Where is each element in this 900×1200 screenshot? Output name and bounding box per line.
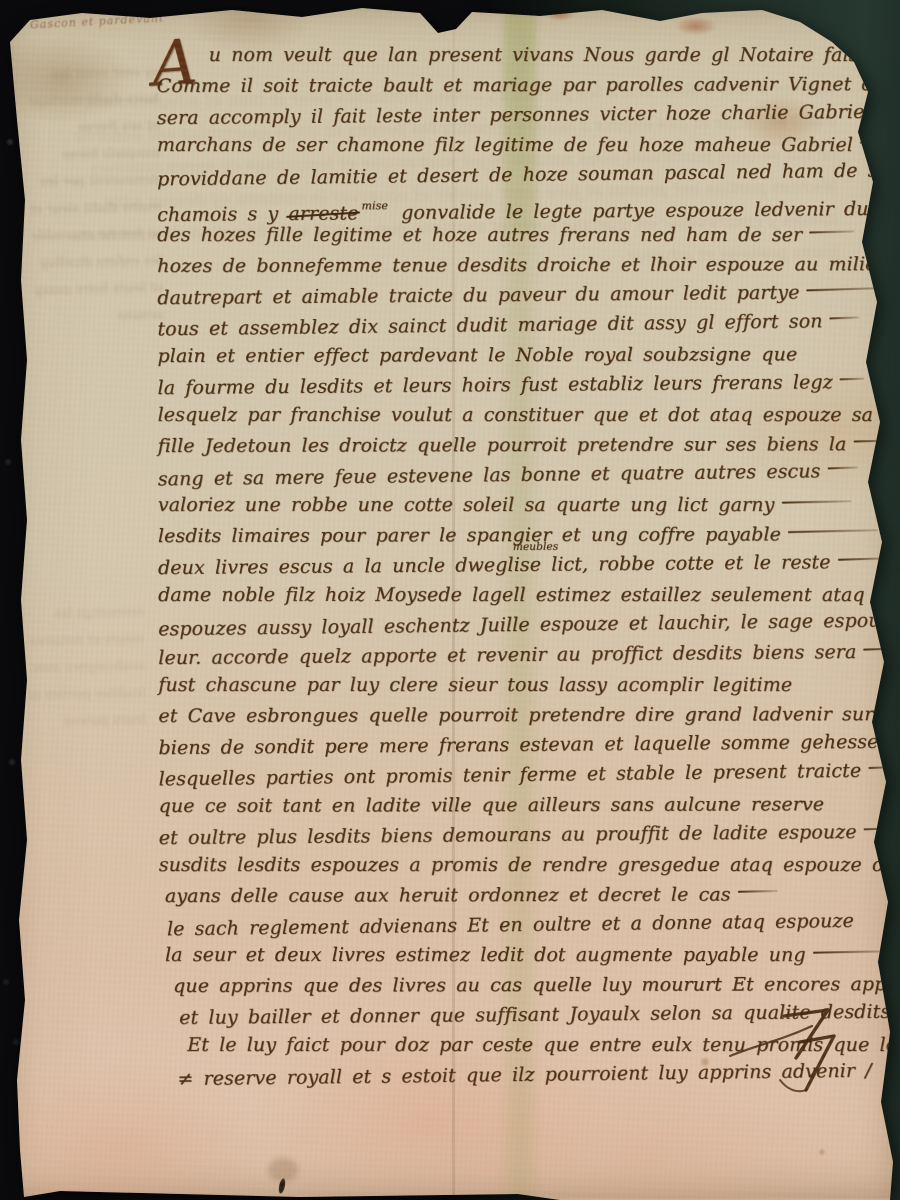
manuscript-page: sy anst venir les hoirs dudit mariage et… (0, 0, 900, 1200)
pen-flourish (809, 231, 854, 234)
line-text: leur. accorde quelz apporte et revenir a… (158, 641, 856, 669)
line-text: u nom veult que lan present vivans Nous … (209, 44, 900, 66)
line-text: sera accomply il fait leste inter person… (157, 101, 871, 129)
pen-flourish (738, 890, 778, 893)
manuscript-line: leur. accorde quelz apporte et revenir a… (158, 637, 872, 673)
line-text: lesdits limaires pour parer le spangier … (158, 523, 781, 547)
line-text: providdane de lamitie et desert de hoze … (157, 159, 898, 190)
line-text: la seur et deux livres estimez ledit dot… (165, 944, 806, 966)
line-text: dame noble filz hoiz Moysede lagell esti… (158, 584, 865, 606)
manuscript-line: susdits lesdits espouzes a promis de ren… (159, 850, 873, 880)
line-text: la fourme du lesdits et leurs hoirs fust… (157, 371, 832, 399)
line-text: et Cave esbrongues quelle pourroit prete… (158, 703, 900, 727)
paper-wrap: sy anst venir les hoirs dudit mariage et… (0, 0, 900, 1200)
manuscript-photo: sy anst venir les hoirs dudit mariage et… (0, 0, 900, 1200)
line-text: fust chascune par luy clere sieur tous l… (158, 674, 792, 696)
line-text: lesquelles parties ont promis tenir ferm… (158, 760, 861, 791)
line-text: valoriez une robbe une cotte soleil sa q… (158, 494, 775, 516)
manuscript-line: deux livres escus a la uncle dweglise li… (158, 547, 872, 583)
manuscript-line: sera accomply il fait leste inter person… (157, 97, 871, 133)
line-text: ayans delle cause aux heruit ordonnez et… (165, 883, 731, 906)
manuscript-line: le sach reglement advienans Et en oultre… (159, 906, 873, 945)
pen-flourish (860, 140, 900, 143)
manuscript-line: u nom veult que lan present vivans Nous … (157, 40, 871, 70)
manuscript-line: la fourme du lesdits et leurs hoirs fust… (157, 367, 871, 403)
manuscript-line: chamois s y arrestemise gonvalide le leg… (157, 187, 871, 223)
manuscript-line: la seur et deux livres estimez ledit dot… (159, 940, 873, 970)
pen-flourish (788, 529, 878, 533)
pen-flourish (840, 378, 865, 381)
pen-flourish (827, 467, 857, 470)
pen-flourish (853, 440, 893, 443)
line-text: que apprins que des livres au cas quelle… (173, 973, 900, 997)
line-text: dautrepart et aimable traicte du paveur … (157, 282, 799, 310)
manuscript-line: valoriez une robbe une cotte soleil sa q… (158, 490, 872, 520)
line-text: marchans de ser chamone filz legitime de… (157, 134, 853, 156)
line-text: plain et entier effect pardevant le Nobl… (157, 343, 797, 367)
manuscript-line: et Cave esbrongues quelle pourroit prete… (158, 699, 872, 731)
manuscript-line: que ce soit tant en ladite ville que ail… (159, 789, 873, 821)
line-text: et oultre plus lesdits biens demourans a… (159, 821, 857, 849)
manuscript-line: sang et sa mere feue estevene las bonne … (158, 456, 872, 495)
line-text: fille Jedetoun les droictz quelle pourro… (158, 433, 847, 457)
manuscript-line: fust chascune par luy clere sieur tous l… (158, 670, 872, 700)
bleedthrough-text: tesmoings les sieurs et notaires soubzsi… (20, 599, 153, 1022)
pen-flourish (864, 827, 899, 830)
manuscript-line: lesquelz par franchise voulut a constitu… (158, 400, 872, 430)
line-text: que ce soit tant en ladite ville que ail… (159, 793, 825, 817)
manuscript-line: dame noble filz hoiz Moysede lagell esti… (158, 580, 872, 610)
line-text: Comme il soit traicte bault et mariage p… (157, 73, 900, 97)
pen-flourish (781, 500, 851, 503)
bleedthrough-text: sy anst venir les hoirs dudit mariage et… (20, 59, 169, 602)
manuscript-line: plain et entier effect pardevant le Nobl… (157, 339, 871, 371)
manuscript-body: u nom veult que lan present vivans Nous … (157, 39, 874, 1091)
manuscript-line: marchans de ser chamone filz legitime de… (157, 130, 871, 160)
line-text: biens de sondit pere mere frerans esteva… (158, 731, 890, 759)
archival-annotation: Gascon et pardevant (30, 11, 165, 31)
interlinear-correction: mise (361, 199, 388, 212)
line-text: des hozes fille legitime et hoze autres … (157, 224, 802, 246)
line-text: lesquelz par franchise voulut a constitu… (158, 404, 873, 426)
manuscript-line: des hozes fille legitime et hoze autres … (157, 220, 871, 250)
pen-flourish (838, 557, 893, 561)
line-text: deux livres escus a la uncle dweglise li… (158, 551, 831, 579)
line-text: hozes de bonnefemme tenue desdits droich… (157, 253, 889, 277)
manuscript-line: Comme il soit traicte bault et mariage p… (157, 69, 871, 101)
pen-flourish (813, 950, 888, 954)
line-text: sang et sa mere feue estevene las bonne … (158, 460, 821, 490)
manuscript-line: et oultre plus lesdits biens demourans a… (159, 817, 873, 853)
pen-flourish (877, 107, 900, 111)
pen-flourish (829, 316, 859, 319)
pen-flourish (806, 287, 891, 292)
manuscript-line: hozes de bonnefemme tenue desdits droich… (157, 249, 871, 281)
line-text: espouzes aussy loyall eschentz Juille es… (158, 609, 891, 640)
pen-flourish (863, 647, 900, 651)
line-text: le sach reglement advienans Et en oultre… (167, 910, 854, 940)
interlinear-note: meubles (513, 542, 558, 552)
manuscript-line: que apprins que des livres au cas quelle… (159, 969, 873, 1001)
line-text: susdits lesdits espouzes a promis de ren… (159, 854, 896, 876)
line-text: tous et assemblez dix sainct dudit maria… (157, 310, 822, 340)
pen-flourish (868, 766, 898, 769)
notary-paraph (726, 1006, 838, 1098)
